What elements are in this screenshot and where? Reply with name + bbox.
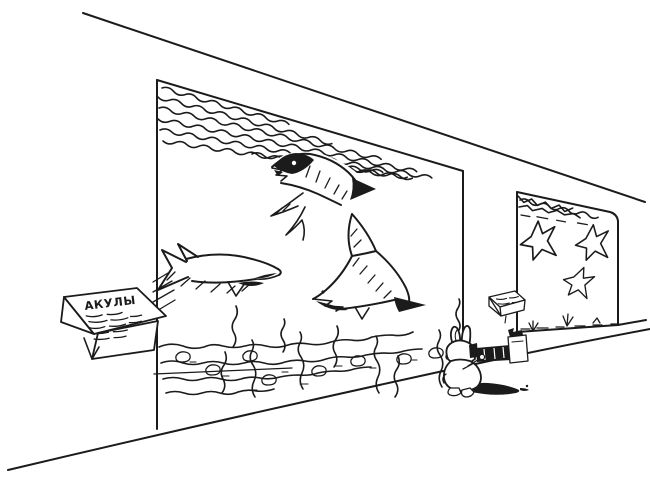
shark-left: [158, 244, 281, 296]
tropical-fish-tank: [517, 192, 646, 350]
shadow-speck: [520, 388, 529, 391]
aquarium-cartoon: АКУЛЫ: [0, 0, 650, 480]
corridor-walls: [8, 13, 650, 470]
shadow-dot: [526, 385, 528, 387]
eye: [292, 161, 296, 165]
rabbit-foot-left: [448, 388, 461, 396]
angelfish-3: [560, 263, 596, 300]
angelfish-2: [574, 224, 610, 261]
camera-body: [508, 335, 528, 363]
small-sign: [489, 291, 525, 323]
rabbit-body: [444, 360, 481, 392]
seaweed: [221, 299, 460, 397]
angelfish-1: [518, 219, 559, 261]
rabbit-paw: [479, 354, 484, 359]
ventral-fin: [355, 307, 369, 319]
angelfish-group: [518, 219, 611, 300]
sharks-sign: АКУЛЫ: [61, 288, 166, 359]
eye: [321, 290, 324, 293]
rabbit-photographer: [443, 326, 529, 397]
rabbit-foot-right: [462, 388, 475, 397]
cartoon-canvas: АКУЛЫ: [0, 0, 650, 480]
movie-camera: [469, 328, 528, 363]
rabbit: [443, 326, 482, 397]
